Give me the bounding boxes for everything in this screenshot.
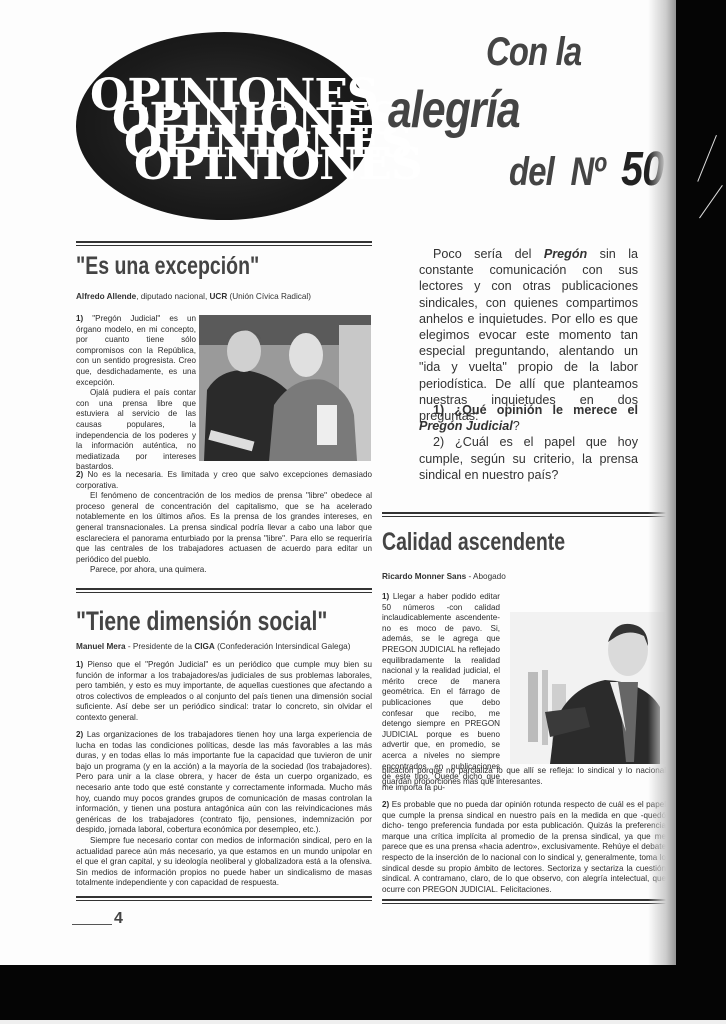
article1-answer1: 1) "Pregón Judicial" es un órgano modelo… <box>76 314 196 473</box>
title-line-3: del Nº 50 <box>509 142 663 197</box>
photo-two-men-icon <box>199 315 371 461</box>
question-1-publication: Pregón Judicial <box>419 419 513 433</box>
intro-questions: 1) ¿Qué opinión le merece el Pregón Judi… <box>419 402 638 483</box>
photo-man-in-suit-gesturing <box>510 612 665 764</box>
article1-answer2: 2) No es la necesaria. Es limitada y cre… <box>76 470 372 576</box>
article2-headline: "Tiene dimensión social" <box>76 606 327 637</box>
answer-text: Las organizaciones de los trabajadores t… <box>76 730 372 834</box>
logo-word: OPINIONES <box>134 145 422 185</box>
article1-headline: "Es una excepción" <box>76 252 259 281</box>
title-line-2: alegría <box>388 80 520 140</box>
article3-answer2: 2) Es probable que no pueda dar opinión … <box>382 800 666 895</box>
answer-text: "Pregón Judicial" es un órgano modelo, e… <box>76 314 196 387</box>
byline-role: - Presidente de la <box>126 642 195 651</box>
divider <box>76 896 372 898</box>
question-2: 2) ¿Cuál es el papel que hoy cumple, seg… <box>419 434 638 483</box>
answer-text: El fenómeno de concentración de los medi… <box>76 491 372 565</box>
question-1: 1) ¿Qué opinión le merece el <box>433 403 638 417</box>
divider <box>76 592 372 593</box>
intro-text-part: sin la constante comunicación con sus le… <box>419 247 638 423</box>
divider <box>76 900 372 901</box>
divider <box>382 899 666 901</box>
byline-role: - Abogado <box>466 572 506 581</box>
answer-text: Siempre fue necesario contar con medios … <box>76 836 372 889</box>
byline-org-full: (Unión Cívica Radical) <box>227 292 311 301</box>
byline-role: , diputado nacional, <box>136 292 209 301</box>
article2-answer2: 2) Las organizaciones de los trabajadore… <box>76 730 372 889</box>
scan-edge-strip <box>0 1020 726 1024</box>
answer-text: Ojalá pudiera el país contar con una pre… <box>76 388 196 473</box>
opiniones-logo: OPINIONES OPINIONES OPINIONES OPINIONES <box>76 32 372 220</box>
article3-answer1-continued: blicación porque no parcializa lo que al… <box>382 766 666 787</box>
byline-org: UCR <box>210 292 228 301</box>
answer-text: Pienso que el "Pregón Judicial" es un pe… <box>76 660 372 722</box>
divider <box>382 512 666 514</box>
page-number-rule <box>72 924 112 925</box>
divider <box>382 903 666 904</box>
divider <box>76 588 372 590</box>
scan-edge-right <box>676 0 726 1024</box>
byline-name: Alfredo Allende <box>76 292 136 301</box>
intro-text: Poco sería del Pregón sin la constante c… <box>419 246 638 424</box>
question-1-suffix: ? <box>513 419 520 433</box>
page-number: 4 <box>114 910 123 928</box>
answer-text: No es la necesaria. Es limitada y creo q… <box>76 470 372 490</box>
article2-answer1: 1) Pienso que el "Pregón Judicial" es un… <box>76 660 372 724</box>
scan-shadow <box>648 0 678 965</box>
byline-name: Ricardo Monner Sans <box>382 572 466 581</box>
article2-byline: Manuel Mera - Presidente de la CIGA (Con… <box>76 642 350 651</box>
scan-edge-bottom <box>0 965 726 1020</box>
article3-byline: Ricardo Monner Sans - Abogado <box>382 572 506 581</box>
divider <box>76 245 372 246</box>
article1-byline: Alfredo Allende, diputado nacional, UCR … <box>76 292 311 301</box>
title-line-1: Con la <box>486 30 581 75</box>
byline-org-full: (Confederación Intersindical Galega) <box>215 642 351 651</box>
article3-answer1-column: 1) Llegar a haber podido editar 50 númer… <box>382 592 500 793</box>
byline-name: Manuel Mera <box>76 642 126 651</box>
photo-two-men-seated <box>199 315 371 461</box>
magazine-page: OPINIONES OPINIONES OPINIONES OPINIONES … <box>0 0 726 965</box>
answer-text: Parece, por ahora, una quimera. <box>76 565 372 576</box>
answer-text: Es probable que no pueda dar opinión rot… <box>382 800 666 894</box>
divider <box>76 241 372 243</box>
intro-text-part: Poco sería del <box>433 247 544 261</box>
answer-text: Llegar a haber podido editar 50 números … <box>382 592 500 792</box>
answer-text: blicación porque no parcializa lo que al… <box>382 766 666 787</box>
article3-headline: Calidad ascendente <box>382 528 565 557</box>
title-del: del <box>509 150 554 194</box>
title-numero: Nº <box>571 150 605 194</box>
divider <box>382 516 666 517</box>
photo-man-icon <box>510 612 665 764</box>
byline-org: CIGA <box>194 642 214 651</box>
intro-publication-name: Pregón <box>544 247 587 261</box>
